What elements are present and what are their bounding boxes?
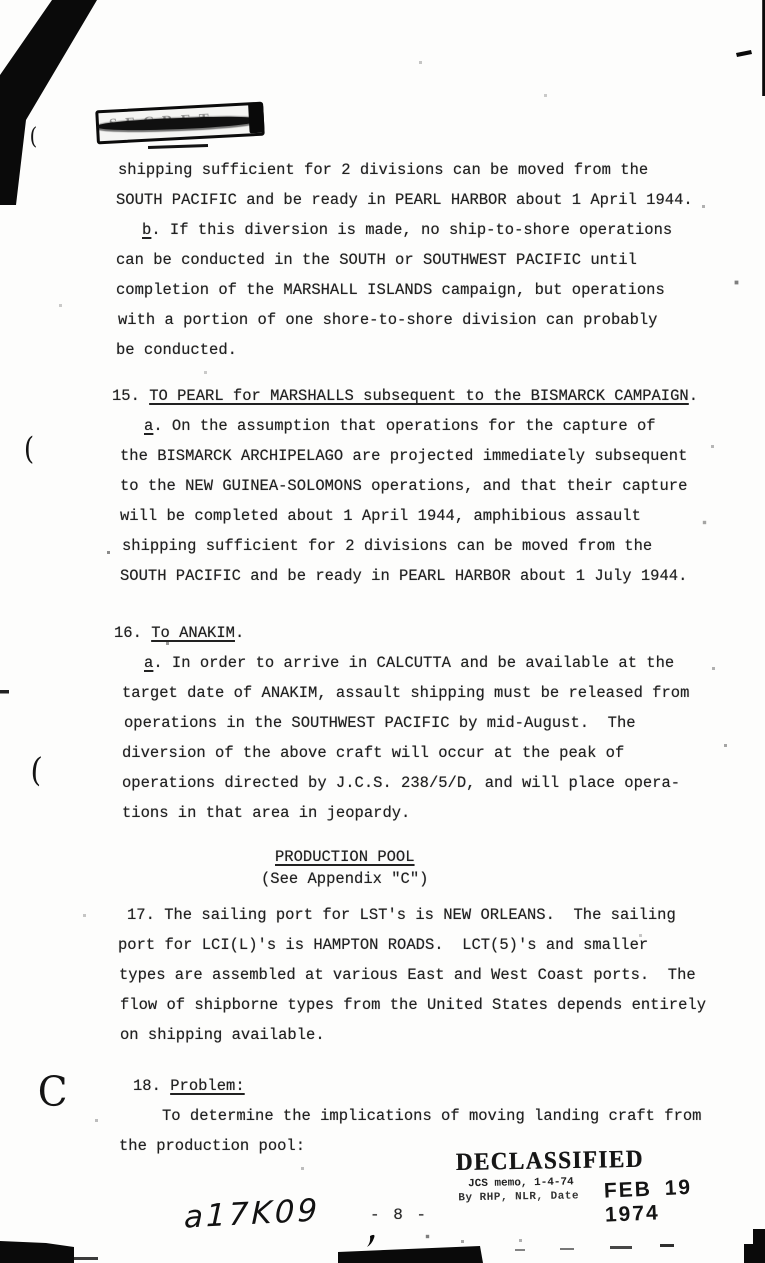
margin-pen-mark: (	[30, 126, 38, 149]
page-number: - 8 -	[370, 1206, 428, 1224]
struck-classification-stamp: SECRET	[95, 102, 265, 145]
text-line: the BISMARCK ARCHIPELAGO are projected i…	[120, 441, 729, 471]
text-line: completion of the MARSHALL ISLANDS campa…	[116, 275, 729, 305]
margin-pen-mark: (	[24, 434, 34, 465]
para-15-to-pearl-for-marshalls: 15. TO PEARL for MARSHALLS subsequent to…	[114, 381, 729, 591]
text-line: diversion of the above craft will occur …	[122, 738, 729, 768]
text-line: operations in the SOUTHWEST PACIFIC by m…	[124, 708, 729, 738]
text-line: flow of shipborne types from the United …	[120, 990, 729, 1020]
text-line: SOUTH PACIFIC and be ready in PEARL HARB…	[120, 561, 729, 591]
text-line: operations directed by J.C.S. 238/5/D, a…	[122, 768, 729, 798]
stamp-underline	[148, 144, 208, 149]
text-line: a. On the assumption that operations for…	[144, 411, 729, 441]
text-line: (See Appendix "C")	[261, 868, 729, 890]
text-line: shipping sufficient for 2 divisions can …	[122, 531, 729, 561]
para-b-diversion: b. If this diversion is made, no ship-to…	[114, 215, 729, 365]
text-line: 15. TO PEARL for MARSHALLS subsequent to…	[112, 381, 729, 411]
text-line: types are assembled at various East and …	[119, 960, 729, 990]
text-line: a. In order to arrive in CALCUTTA and be…	[144, 648, 729, 678]
text-line: 17. The sailing port for LST's is NEW OR…	[127, 900, 729, 930]
declassified-title: DECLASSIFIED	[455, 1145, 643, 1176]
para-continuation: shipping sufficient for 2 divisions can …	[114, 155, 729, 215]
declassified-memo-line: JCS memo, 1-4-74	[468, 1176, 574, 1190]
text-line: 18. Problem:	[133, 1071, 729, 1101]
text-line: will be completed about 1 April 1944, am…	[120, 501, 729, 531]
text-line: on shipping available.	[120, 1020, 729, 1050]
declassified-byline: By RHP, NLR, Date	[458, 1190, 579, 1204]
text-line: 16. To ANAKIM.	[114, 618, 729, 648]
para-16-to-anakim: 16. To ANAKIM.a. In order to arrive in C…	[114, 618, 729, 828]
text-line: To determine the implications of moving …	[162, 1101, 729, 1131]
text-line: with a portion of one shore-to-shore div…	[118, 305, 729, 335]
text-line: to the NEW GUINEA-SOLOMONS operations, a…	[120, 471, 729, 501]
para-17-sailing-ports: 17. The sailing port for LST's is NEW OR…	[114, 900, 729, 1050]
declassified-stamp: DECLASSIFIED JCS memo, 1-4-74 By RHP, NL…	[451, 1144, 742, 1211]
text-line: can be conducted in the SOUTH or SOUTHWE…	[116, 245, 729, 275]
scan-noise-speckles	[0, 0, 1, 1]
declassified-date-stamp: FEB 19 1974	[603, 1174, 743, 1228]
text-line: b. If this diversion is made, no ship-to…	[142, 215, 729, 245]
text-line: SOUTH PACIFIC and be ready in PEARL HARB…	[116, 185, 729, 215]
margin-pen-mark: (	[30, 753, 44, 787]
text-line: shipping sufficient for 2 divisions can …	[118, 155, 729, 185]
text-line: port for LCI(L)'s is HAMPTON ROADS. LCT(…	[118, 930, 729, 960]
handwritten-note: a17K09	[184, 1192, 321, 1235]
text-line: tions in that area in jeopardy.	[122, 798, 729, 828]
heading-production-pool: PRODUCTION POOL(See Appendix "C")	[114, 846, 729, 890]
scanned-document-page: SECRET shipping sufficient for 2 divisio…	[0, 0, 765, 1263]
text-line: be conducted.	[116, 335, 729, 365]
margin-pen-mark: C	[38, 1072, 68, 1113]
text-line: PRODUCTION POOL	[275, 846, 729, 868]
ink-blob	[248, 103, 265, 134]
typewritten-text: shipping sufficient for 2 divisions can …	[114, 155, 729, 1161]
text-line: target date of ANAKIM, assault shipping …	[122, 678, 729, 708]
